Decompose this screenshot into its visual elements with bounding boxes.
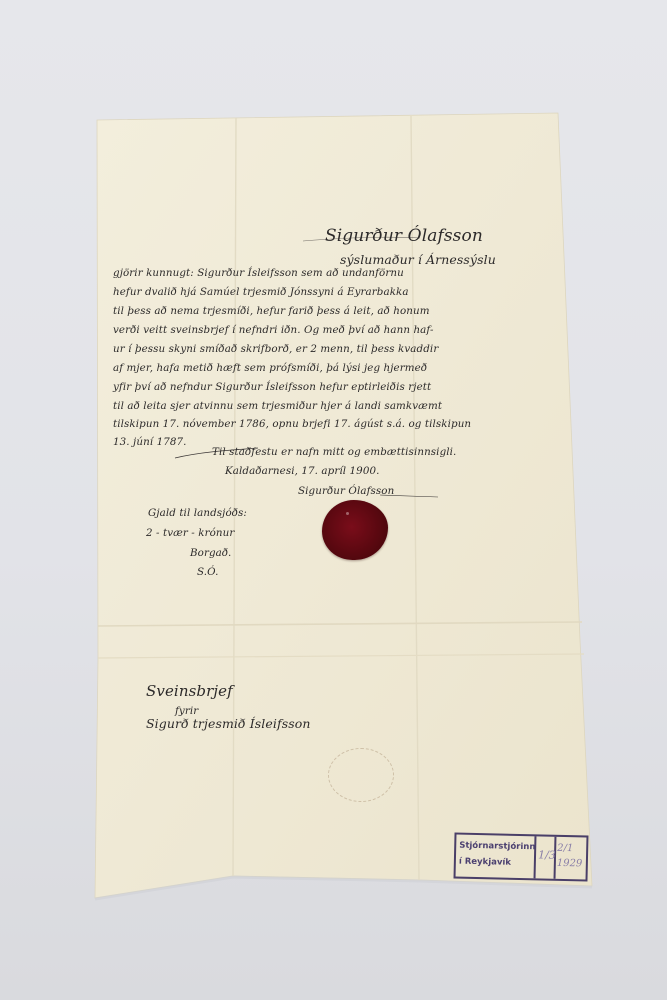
seal-highlight (346, 512, 349, 515)
closing-signature: Sigurður Ólafsson (298, 485, 394, 497)
body-line-10: 13. júní 1787. (113, 436, 187, 448)
body-line-6: af mjer, hafa metið hæft sem prófsmíði, … (113, 362, 427, 374)
issuer-name: Sigurður Ólafsson (325, 226, 483, 246)
body-line-4: verði veitt sveinsbrjef í nefndri iðn. O… (113, 324, 434, 336)
body-line-1: gjörir kunnugt: Sigurður Ísleifsson sem … (113, 267, 404, 279)
body-line-9: tilskipun 17. nóvember 1786, opnu brjefi… (113, 418, 471, 430)
fee-note-line-2: 2 - tvær - krónur (146, 527, 234, 539)
document-sheet: Sigurður Ólafsson sýslumaður í Árnessýsl… (0, 0, 667, 1000)
stamp-date: 2/1 1929 (557, 841, 586, 872)
fee-note-line-3: Borgað. (190, 547, 231, 559)
stamp-text-cell: Stjórnarstjórinn í Reykjavík (456, 835, 537, 879)
stamp-line-1: Stjórnarstjórinn (459, 841, 535, 853)
archive-stamp: Stjórnarstjórinn í Reykjavík 1/3 2/1 192… (453, 832, 588, 881)
attestation: Til staðfestu er nafn mitt og embættisin… (212, 446, 456, 458)
body-line-3: til þess að nema trjesmíði, hefur farið … (113, 305, 430, 317)
embossed-seal-impression (328, 748, 394, 802)
body-line-7: yfir því að nefndur Sigurður Ísleifsson … (113, 381, 431, 393)
body-line-5: ur í þessu skyni smíðað skrifborð, er 2 … (113, 343, 438, 355)
fee-note-line-1: Gjald til landsjóðs: (148, 507, 247, 519)
body-line-8: til að leita sjer atvinnu sem trjesmiður… (113, 400, 442, 412)
address-line-1: Sveinsbrjef (146, 682, 233, 700)
stamp-number: 1/3 (538, 848, 556, 861)
stamp-line-2: í Reykjavík (459, 857, 511, 868)
address-line-3: Sigurð trjesmið Ísleifsson (146, 716, 311, 731)
fee-note-line-4: S.Ó. (197, 566, 218, 578)
body-line-2: hefur dvalið hjá Samúel trjesmið Jónssyn… (113, 286, 409, 298)
place-date: Kaldaðarnesi, 17. apríl 1900. (225, 465, 380, 477)
stamp-number-cell: 1/3 (536, 836, 557, 878)
issuer-title: sýslumaður í Árnessýslu (340, 252, 496, 267)
